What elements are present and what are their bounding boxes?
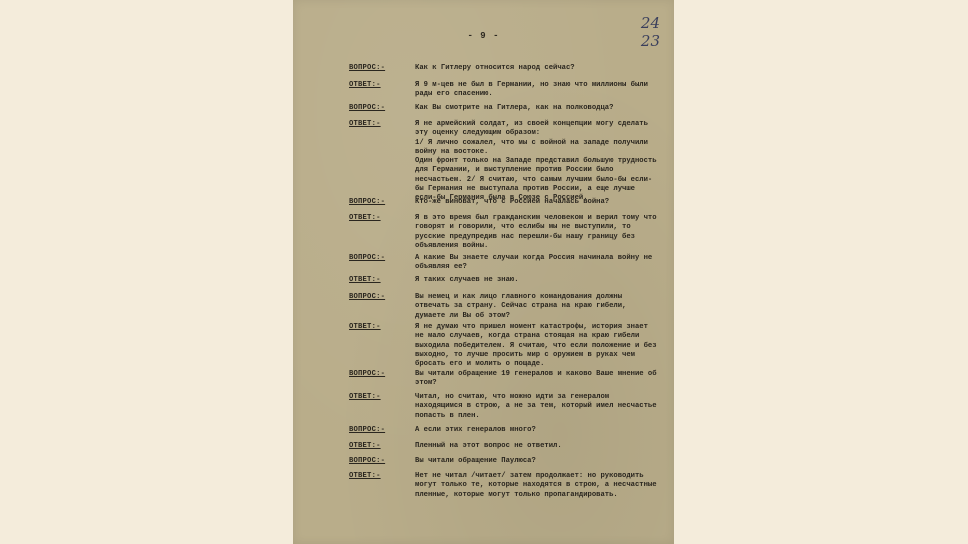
question-entry: ВОПРОС:-Как к Гитлеру относится народ се… <box>349 64 660 73</box>
document-page: - 9 - 24 23 ВОПРОС:-Как к Гитлеру относи… <box>293 0 674 544</box>
answer-entry: ОТВЕТ:-Я не думаю что пришел момент ката… <box>349 323 660 369</box>
answer-entry: ОТВЕТ:-Я в это время был гражданским чел… <box>349 214 660 251</box>
question-label: ВОПРОС:- <box>349 426 385 435</box>
question-entry: ВОПРОС:-Кто-же виноват, что с Россией на… <box>349 198 660 207</box>
answer-entry: ОТВЕТ:-Читал, но считаю, что можно идти … <box>349 393 660 421</box>
answer-entry: ОТВЕТ:-Пленный на этот вопрос не ответил… <box>349 442 660 451</box>
answer-text: Я в это время был гражданским человеком … <box>415 214 660 251</box>
question-label: ВОПРОС:- <box>349 293 385 302</box>
question-entry: ВОПРОС:-Вы читали обращение 19 генералов… <box>349 370 660 389</box>
question-text: Кто-же виноват, что с Россией началась в… <box>415 198 660 207</box>
handwritten-number: 24 <box>641 14 660 32</box>
answer-text: Я таких случаев не знаю. <box>415 276 660 285</box>
answer-label: ОТВЕТ:- <box>349 323 381 332</box>
question-text: А если этих генералов много? <box>415 426 660 435</box>
answer-text: Я не армейский солдат, из своей концепци… <box>415 120 660 204</box>
question-entry: ВОПРОС:-Вы немец и как лицо главного ком… <box>349 293 660 321</box>
question-entry: ВОПРОС:-Вы читали обращение Паулюса? <box>349 457 660 466</box>
question-text: Как к Гитлеру относится народ сейчас? <box>415 64 660 73</box>
answer-text: Я 9 м-цев не был в Германии, но знаю что… <box>415 81 660 100</box>
answer-label: ОТВЕТ:- <box>349 393 381 402</box>
question-label: ВОПРОС:- <box>349 254 385 263</box>
question-label: ВОПРОС:- <box>349 104 385 113</box>
answer-text: Я не думаю что пришел момент катастрофы,… <box>415 323 660 369</box>
answer-label: ОТВЕТ:- <box>349 214 381 223</box>
question-text: Вы читали обращение 19 генералов и каков… <box>415 370 660 389</box>
answer-entry: ОТВЕТ:-Я 9 м-цев не был в Германии, но з… <box>349 81 660 100</box>
question-entry: ВОПРОС:-Как Вы смотрите на Гитлера, как … <box>349 104 660 113</box>
answer-text: Пленный на этот вопрос не ответил. <box>415 442 660 451</box>
answer-text: Нет не читал /читает/ затем продолжает: … <box>415 472 660 500</box>
answer-label: ОТВЕТ:- <box>349 276 381 285</box>
question-entry: ВОПРОС:-А если этих генералов много? <box>349 426 660 435</box>
answer-text: Читал, но считаю, что можно идти за гене… <box>415 393 660 421</box>
answer-label: ОТВЕТ:- <box>349 442 381 451</box>
answer-label: ОТВЕТ:- <box>349 120 381 129</box>
question-text: Вы читали обращение Паулюса? <box>415 457 660 466</box>
answer-entry: ОТВЕТ:-Нет не читал /читает/ затем продо… <box>349 472 660 500</box>
question-text: А какие Вы знаете случаи когда Россия на… <box>415 254 660 273</box>
question-text: Как Вы смотрите на Гитлера, как на полко… <box>415 104 660 113</box>
question-entry: ВОПРОС:-А какие Вы знаете случаи когда Р… <box>349 254 660 273</box>
handwritten-number: 23 <box>641 32 660 50</box>
question-label: ВОПРОС:- <box>349 457 385 466</box>
question-label: ВОПРОС:- <box>349 370 385 379</box>
question-label: ВОПРОС:- <box>349 64 385 73</box>
answer-entry: ОТВЕТ:-Я не армейский солдат, из своей к… <box>349 120 660 204</box>
question-text: Вы немец и как лицо главного командовани… <box>415 293 660 321</box>
handwritten-archive-numbers: 24 23 <box>641 14 660 50</box>
answer-entry: ОТВЕТ:-Я таких случаев не знаю. <box>349 276 660 285</box>
page-number: - 9 - <box>293 31 674 41</box>
question-label: ВОПРОС:- <box>349 198 385 207</box>
answer-label: ОТВЕТ:- <box>349 81 381 90</box>
answer-label: ОТВЕТ:- <box>349 472 381 481</box>
